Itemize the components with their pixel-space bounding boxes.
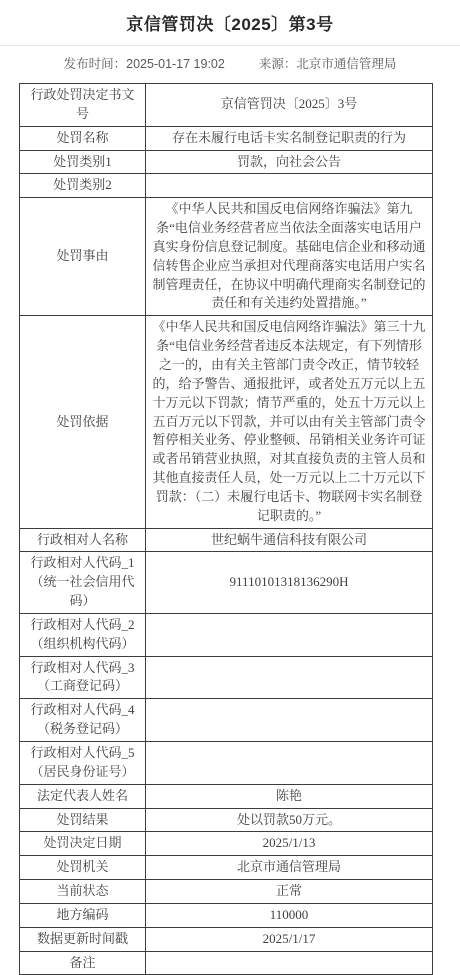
- row-label: 行政相对人代码_5（居民身份证号）: [20, 742, 146, 785]
- row-label: 当前状态: [20, 880, 146, 904]
- row-label: 行政相对人代码_1（统一社会信用代码）: [20, 552, 146, 614]
- row-value: 《中华人民共和国反电信网络诈骗法》第三十九条“电信业务经营者违反本法规定，有下列…: [146, 316, 433, 528]
- row-label: 行政相对人名称: [20, 528, 146, 552]
- row-label: 行政相对人代码_2（组织机构代码）: [20, 613, 146, 656]
- row-value: [146, 699, 433, 742]
- table-row: 行政相对人代码_3（工商登记码）: [20, 656, 433, 699]
- table-row: 法定代表人姓名 陈艳: [20, 784, 433, 808]
- row-value: 《中华人民共和国反电信网络诈骗法》第九条“电信业务经营者应当依法全面落实电话用户…: [146, 198, 433, 316]
- row-value: 91110101318136290H: [146, 552, 433, 614]
- row-value: 陈艳: [146, 784, 433, 808]
- row-value: [146, 951, 433, 975]
- row-value: 世纪蜗牛通信科技有限公司: [146, 528, 433, 552]
- row-value: 京信管罚决〔2025〕3号: [146, 84, 433, 127]
- row-value: [146, 613, 433, 656]
- row-value: 存在未履行电话卡实名制登记职责的行为: [146, 126, 433, 150]
- page-header: 京信管罚决〔2025〕第3号: [0, 0, 460, 46]
- row-label: 处罚类别1: [20, 150, 146, 174]
- meta-bar: 发布时间：2025-01-17 19:02 来源：北京市通信管理局: [0, 46, 460, 80]
- table-row: 处罚机关 北京市通信管理局: [20, 856, 433, 880]
- table-row: 处罚决定日期 2025/1/13: [20, 832, 433, 856]
- page-title: 京信管罚决〔2025〕第3号: [126, 10, 333, 35]
- table-row: 行政处罚决定书文号 京信管罚决〔2025〕3号: [20, 84, 433, 127]
- table-row: 处罚依据 《中华人民共和国反电信网络诈骗法》第三十九条“电信业务经营者违反本法规…: [20, 316, 433, 528]
- table-row: 处罚结果 处以罚款50万元。: [20, 808, 433, 832]
- table-row: 处罚名称 存在未履行电话卡实名制登记职责的行为: [20, 126, 433, 150]
- table-row: 行政相对人代码_2（组织机构代码）: [20, 613, 433, 656]
- row-value: [146, 174, 433, 198]
- row-label: 数据更新时间戳: [20, 927, 146, 951]
- publish-time: 发布时间：2025-01-17 19:02: [64, 54, 225, 72]
- row-label: 行政处罚决定书文号: [20, 84, 146, 127]
- row-label: 处罚依据: [20, 316, 146, 528]
- source: 来源：北京市通信管理局: [259, 54, 397, 72]
- table-row: 处罚事由 《中华人民共和国反电信网络诈骗法》第九条“电信业务经营者应当依法全面落…: [20, 198, 433, 316]
- table-row: 行政相对人代码_5（居民身份证号）: [20, 742, 433, 785]
- row-label: 处罚事由: [20, 198, 146, 316]
- row-value: 北京市通信管理局: [146, 856, 433, 880]
- table-row: 行政相对人代码_4（税务登记码）: [20, 699, 433, 742]
- table-row: 数据更新时间戳 2025/1/17: [20, 927, 433, 951]
- table-row: 备注: [20, 951, 433, 975]
- table-row: 处罚类别1 罚款，向社会公告: [20, 150, 433, 174]
- table-row: 当前状态 正常: [20, 880, 433, 904]
- row-label: 处罚机关: [20, 856, 146, 880]
- row-label: 处罚类别2: [20, 174, 146, 198]
- table-row: 行政相对人名称 世纪蜗牛通信科技有限公司: [20, 528, 433, 552]
- row-label: 处罚名称: [20, 126, 146, 150]
- row-label: 处罚决定日期: [20, 832, 146, 856]
- row-label: 行政相对人代码_3（工商登记码）: [20, 656, 146, 699]
- table-row: 处罚类别2: [20, 174, 433, 198]
- row-value: 正常: [146, 880, 433, 904]
- penalty-table: 行政处罚决定书文号 京信管罚决〔2025〕3号 处罚名称 存在未履行电话卡实名制…: [19, 83, 433, 975]
- row-label: 地方编码: [20, 903, 146, 927]
- row-label: 备注: [20, 951, 146, 975]
- row-value: [146, 742, 433, 785]
- row-value: 2025/1/13: [146, 832, 433, 856]
- row-label: 行政相对人代码_4（税务登记码）: [20, 699, 146, 742]
- table-row: 地方编码 110000: [20, 903, 433, 927]
- row-value: 罚款，向社会公告: [146, 150, 433, 174]
- table-row: 行政相对人代码_1（统一社会信用代码） 91110101318136290H: [20, 552, 433, 614]
- row-value: 110000: [146, 903, 433, 927]
- row-label: 处罚结果: [20, 808, 146, 832]
- row-value: 处以罚款50万元。: [146, 808, 433, 832]
- row-value: 2025/1/17: [146, 927, 433, 951]
- row-value: [146, 656, 433, 699]
- row-label: 法定代表人姓名: [20, 784, 146, 808]
